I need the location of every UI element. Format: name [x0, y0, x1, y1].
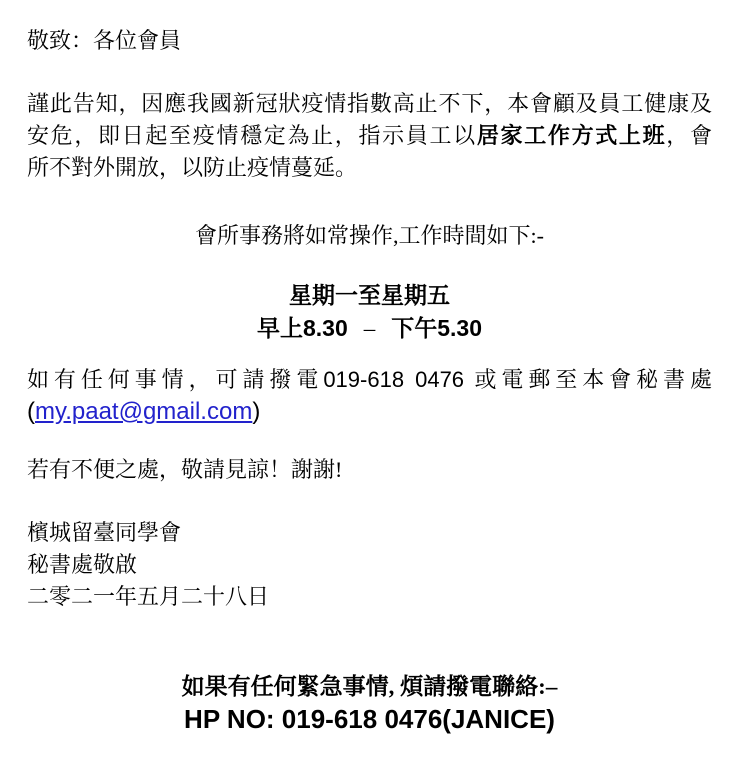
email-close-paren: ) — [252, 398, 260, 425]
announcement-line-3: 所不對外開放，以防止疫情蔓延。 — [27, 152, 712, 184]
afternoon-time: 5.30 — [437, 315, 482, 341]
announcement-line-1: 謹此告知，因應我國新冠狀疫情指數高止不下，本會顧及員工健康及 — [27, 88, 712, 120]
contact-line: 如有任何事情，可請撥電019-618 0476 或電郵至本會秘書處 — [27, 364, 712, 396]
signature-block: 檳城留臺同學會 秘書處敬啟 二零二一年五月二十八日 — [27, 517, 712, 613]
contact-post: 或電郵至本會秘書處 — [464, 367, 712, 392]
signature-date: 二零二一年五月二十八日 — [27, 581, 712, 613]
email-link[interactable]: my.paat@gmail.com — [35, 398, 252, 425]
time-range-dash: – — [364, 313, 376, 345]
announcement-line-2-post: ，會 — [666, 123, 712, 148]
signature-sender: 秘書處敬啟 — [27, 549, 712, 581]
morning-label: 早上 — [257, 316, 303, 341]
salutation-line: 敬致：各位會員 — [27, 25, 712, 57]
schedule-days-line: 星期一至星期五 — [27, 280, 712, 312]
afternoon-label: 下午 — [391, 316, 437, 341]
notice-document: 敬致：各位會員 謹此告知，因應我國新冠狀疫情指數高止不下，本會顧及員工健康及 安… — [0, 0, 740, 735]
hp-number-line: HP NO: 019-618 0476(JANICE) — [27, 703, 712, 735]
morning-time: 8.30 — [303, 315, 348, 341]
announcement-paragraph: 謹此告知，因應我國新冠狀疫情指數高止不下，本會顧及員工健康及 安危，即日起至疫情… — [27, 88, 712, 184]
email-open-paren: ( — [27, 398, 35, 425]
email-line: (my.paat@gmail.com) — [27, 396, 712, 428]
announcement-line-2-pre: 安危，即日起至疫情穩定為止，指示員工以 — [27, 123, 477, 148]
operation-hours-line: 會所事務將如常操作,工作時間如下:- — [27, 220, 712, 252]
contact-pre: 如有任何事情，可請撥電 — [27, 367, 323, 392]
phone-number: 019-618 0476 — [323, 367, 464, 392]
urgent-contact-line: 如果有任何緊急事情, 煩請撥電聯絡:– — [27, 671, 712, 703]
work-from-home-emphasis: 居家工作方式上班 — [477, 123, 666, 148]
signature-org: 檳城留臺同學會 — [27, 517, 712, 549]
apology-line: 若有不便之處，敬請見諒！謝謝! — [27, 454, 712, 486]
schedule-hours-line: 早上8.30–下午5.30 — [27, 312, 712, 345]
announcement-line-2: 安危，即日起至疫情穩定為止，指示員工以居家工作方式上班，會 — [27, 120, 712, 152]
